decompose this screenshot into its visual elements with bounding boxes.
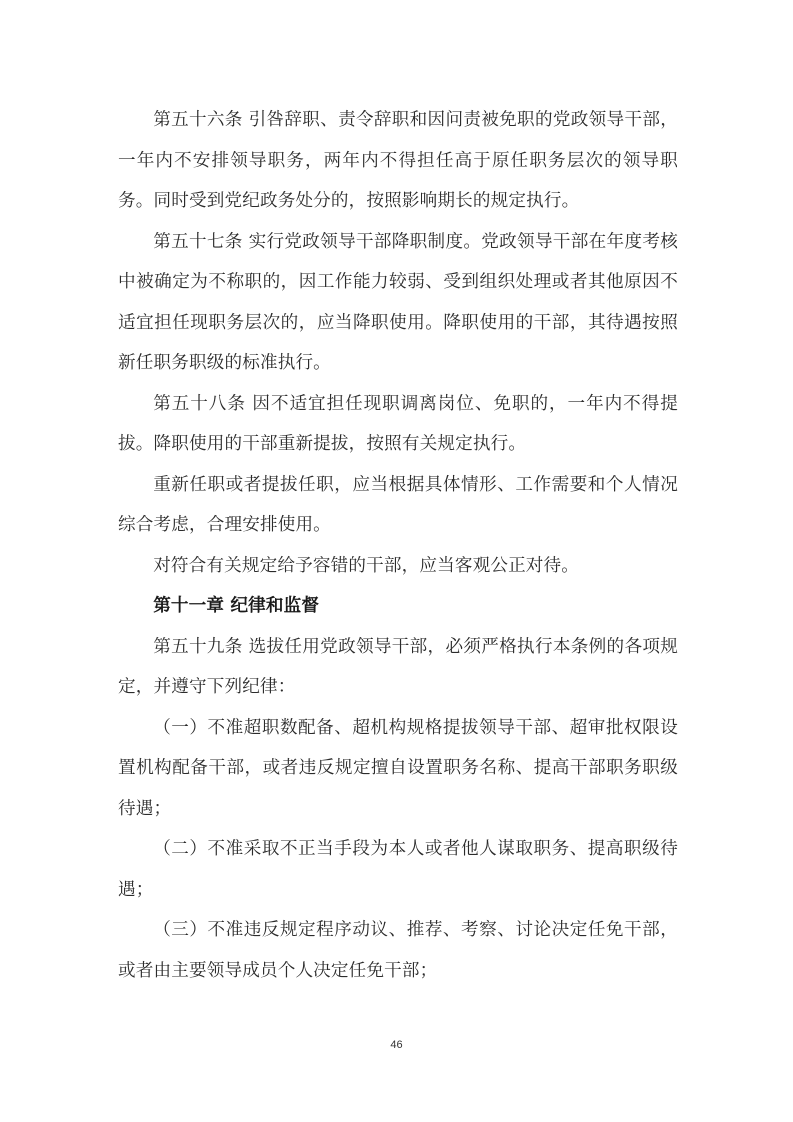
- article-57: 第五十七条 实行党政领导干部降职制度。党政领导干部在年度考核中被确定为不称职的，…: [118, 222, 678, 384]
- document-page: 第五十六条 引咎辞职、责令辞职和因问责被免职的党政领导干部，一年内不安排领导职务…: [0, 0, 793, 1122]
- discipline-item-3: （三）不准违反规定程序动议、推荐、考察、讨论决定任免干部，或者由主要领导成员个人…: [118, 910, 678, 991]
- discipline-item-2: （二）不准采取不正当手段为本人或者他人谋取职务、提高职级待遇；: [118, 829, 678, 910]
- discipline-item-1: （一）不准超职数配备、超机构规格提拔领导干部、超审批权限设置机构配备干部，或者违…: [118, 708, 678, 830]
- article-56: 第五十六条 引咎辞职、责令辞职和因问责被免职的党政领导干部，一年内不安排领导职务…: [118, 100, 678, 222]
- page-number: 46: [0, 1039, 793, 1051]
- article-58: 第五十八条 因不适宜担任现职调离岗位、免职的，一年内不得提拔。降职使用的干部重新…: [118, 384, 678, 465]
- chapter-heading: 第十一章 纪律和监督: [118, 586, 678, 627]
- article-59: 第五十九条 选拔任用党政领导干部，必须严格执行本条例的各项规定，并遵守下列纪律：: [118, 627, 678, 708]
- page-body: 第五十六条 引咎辞职、责令辞职和因问责被免职的党政领导干部，一年内不安排领导职务…: [118, 100, 678, 991]
- paragraph-reappointment: 重新任职或者提拔任职，应当根据具体情形、工作需要和个人情况综合考虑，合理安排使用…: [118, 465, 678, 546]
- paragraph-fault-tolerance: 对符合有关规定给予容错的干部，应当客观公正对待。: [118, 546, 678, 587]
